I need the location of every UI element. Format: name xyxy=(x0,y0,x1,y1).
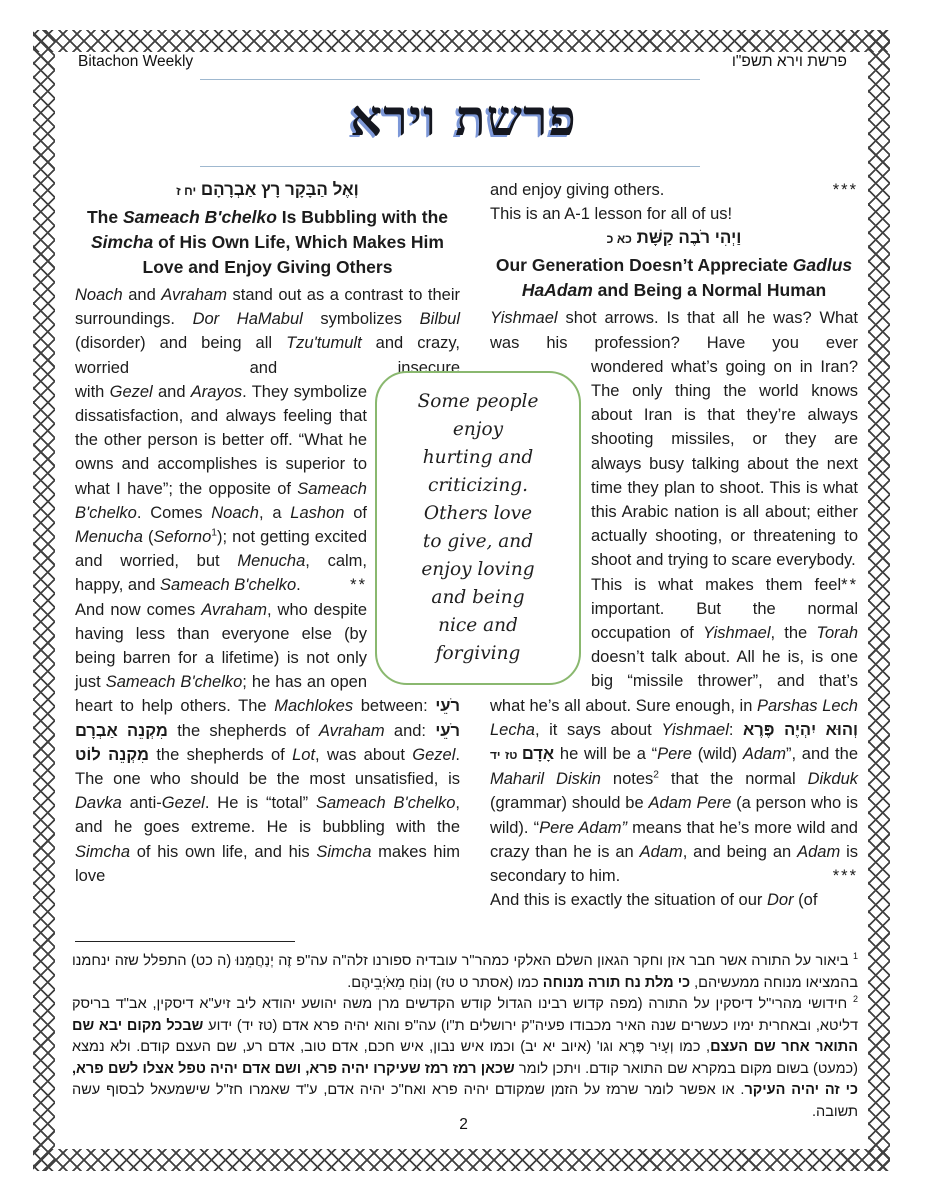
footnotes: 1 ביאור על התורה אשר חבר אזן וחקר הגאון … xyxy=(72,951,858,1123)
footnote-1: 1 ביאור על התורה אשר חבר אזן וחקר הגאון … xyxy=(72,951,858,994)
section1-title: The Sameach B'chelko Is Bubbling with th… xyxy=(75,205,460,280)
paragraph: This is an A-1 lesson for all of us! xyxy=(490,202,858,226)
page-title: פרשת וירא xyxy=(0,88,927,147)
pull-quote-text: Some people enjoy hurting and criticizin… xyxy=(418,388,539,668)
publication-name: Bitachon Weekly xyxy=(78,53,193,71)
header-underline xyxy=(200,79,700,80)
document-page: Bitachon Weekly פרשת וירא תשפ"ו פרשת ויר… xyxy=(0,0,927,1200)
border-bottom xyxy=(33,1149,890,1171)
border-right xyxy=(868,30,890,1171)
paragraph: And this is exactly the situation of our… xyxy=(490,888,858,912)
paragraph: and enjoy giving others.*** xyxy=(490,178,858,202)
footnote-divider xyxy=(75,941,295,942)
section1-hebrew-header: וְאֶל הַבָּקָר רָץ אַבְרָהָם יח ז xyxy=(75,178,460,203)
section2-title: Our Generation Doesn’t Appreciate Gadlus… xyxy=(490,253,858,303)
paragraph: Noach and Avraham stand out as a contras… xyxy=(75,283,460,380)
paragraph: Yishmael shot arrows. Is that all he was… xyxy=(490,306,858,354)
border-left xyxy=(33,30,55,1171)
title-underline xyxy=(200,166,700,167)
pull-quote-box: Some people enjoy hurting and criticizin… xyxy=(375,371,581,685)
page-number: 2 xyxy=(0,1116,927,1134)
footnote-2: 2 חידושי מהרי"ל דיסקין על התורה (מפה קדו… xyxy=(72,994,858,1123)
border-top xyxy=(33,30,890,52)
parsha-date-label: פרשת וירא תשפ"ו xyxy=(732,53,847,71)
section2-hebrew-header: וַיְהִי רֹבֶה קַשָּׁת כא כ xyxy=(490,226,858,251)
